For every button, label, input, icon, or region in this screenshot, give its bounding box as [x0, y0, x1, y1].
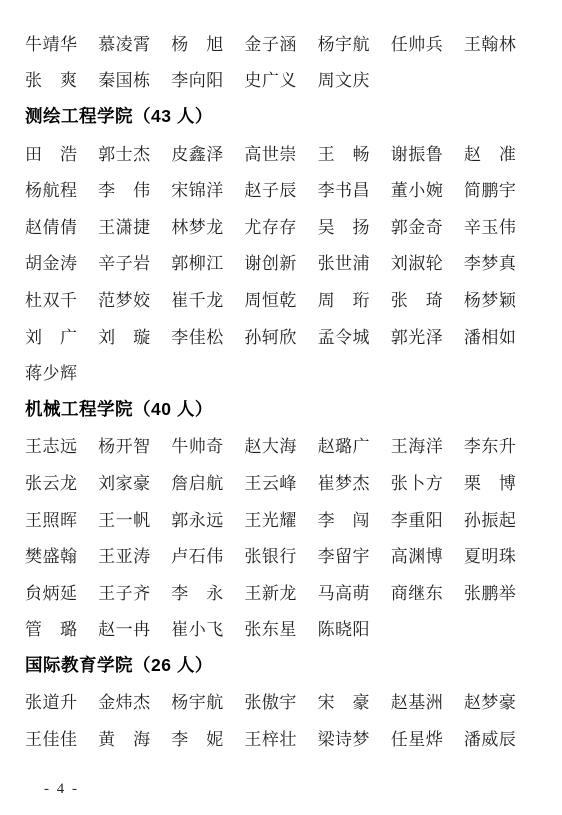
person-name: 王子齐 [98, 579, 151, 604]
person-name: 赵梦豪 [464, 688, 517, 713]
name-row: 胡金涛辛子岩郭柳江谢创新张世浦刘淑轮李梦真 [25, 244, 537, 281]
section-heading: 国际教育学院（26 人） [25, 652, 213, 677]
person-name: 辛玉伟 [464, 213, 517, 238]
person-name: 李 伟 [98, 176, 151, 201]
person-name: 夏明珠 [464, 542, 517, 567]
person-name: 管 璐 [25, 615, 78, 640]
person-name: 田 浩 [25, 140, 78, 165]
person-name: 栗 博 [464, 469, 517, 494]
person-name: 牛靖华 [25, 30, 78, 55]
person-name: 王光耀 [244, 506, 297, 531]
person-name: 董小婉 [391, 176, 444, 201]
person-name: 王翰林 [464, 30, 517, 55]
person-name: 梁诗梦 [318, 725, 371, 750]
person-name: 杨宇航 [171, 688, 224, 713]
person-name: 王海洋 [391, 432, 444, 457]
person-name: 慕凌霄 [98, 30, 151, 55]
person-name: 李向阳 [171, 66, 224, 91]
name-row: 王照晖王一帆郭永远王光耀李 闯李重阳孙振起 [25, 500, 537, 537]
person-name: 王志远 [25, 432, 78, 457]
person-name: 杨宇航 [318, 30, 371, 55]
person-name: 马高萌 [318, 579, 371, 604]
person-name: 牛帅奇 [171, 432, 224, 457]
person-name: 赵一冉 [98, 615, 151, 640]
person-name: 张云龙 [25, 469, 78, 494]
person-name: 王照晖 [25, 506, 78, 531]
person-name: 崔小飞 [171, 615, 224, 640]
person-name: 周恒乾 [244, 286, 297, 311]
person-name: 周文庆 [318, 66, 371, 91]
person-name: 张道升 [25, 688, 78, 713]
person-name: 孙振起 [464, 506, 517, 531]
person-name: 张傲宇 [244, 688, 297, 713]
page-number: - 4 - [44, 781, 79, 798]
person-name: 刘淑轮 [391, 249, 444, 274]
name-row: 贠炳延王子齐李 永王新龙马高萌商继东张鹏举 [25, 573, 537, 610]
section-heading: 机械工程学院（40 人） [25, 396, 213, 421]
person-name: 谢创新 [244, 249, 297, 274]
person-name: 詹启航 [171, 469, 224, 494]
person-name: 王梓壮 [244, 725, 297, 750]
person-name: 史广义 [244, 66, 297, 91]
person-name: 赵基洲 [391, 688, 444, 713]
person-name: 高渊博 [391, 542, 444, 567]
person-name: 赵大海 [244, 432, 297, 457]
name-row: 牛靖华慕凌霄杨 旭金子涵杨宇航任帅兵王翰林 [25, 24, 537, 61]
person-name: 杨梦颖 [464, 286, 517, 311]
person-name: 李 永 [171, 579, 224, 604]
name-row: 刘 广刘 璇李佳松孙轲欣孟令城郭光泽潘相如 [25, 317, 537, 354]
person-name: 郭永远 [171, 506, 224, 531]
person-name: 张世浦 [318, 249, 371, 274]
person-name: 简鹏宇 [464, 176, 517, 201]
person-name: 谢振鲁 [391, 140, 444, 165]
person-name: 李 妮 [171, 725, 224, 750]
person-name: 张银行 [244, 542, 297, 567]
person-name: 任星烨 [391, 725, 444, 750]
person-name: 张 爽 [25, 66, 78, 91]
person-name: 张卜方 [391, 469, 444, 494]
person-name: 崔梦杰 [318, 469, 371, 494]
person-name: 秦国栋 [98, 66, 151, 91]
person-name: 陈晓阳 [318, 615, 371, 640]
name-row: 杨航程李 伟宋锦洋赵子辰李书昌董小婉简鹏宇 [25, 170, 537, 207]
person-name: 樊盛翰 [25, 542, 78, 567]
person-name: 金炜杰 [98, 688, 151, 713]
person-name: 赵倩倩 [25, 213, 78, 238]
person-name: 宋 豪 [318, 688, 371, 713]
section-heading-line: 国际教育学院（26 人） [25, 646, 537, 683]
section-heading-line: 机械工程学院（40 人） [25, 390, 537, 427]
person-name: 贠炳延 [25, 579, 78, 604]
person-name: 刘家豪 [98, 469, 151, 494]
document-page: { "document": { "language": "zh-CN", "ki… [0, 0, 562, 815]
person-name: 范梦姣 [98, 286, 151, 311]
person-name: 李梦真 [464, 249, 517, 274]
person-name: 赵子辰 [244, 176, 297, 201]
person-name: 崔千龙 [171, 286, 224, 311]
person-name: 潘相如 [464, 323, 517, 348]
person-name: 王佳佳 [25, 725, 78, 750]
person-name: 郭金奇 [391, 213, 444, 238]
person-name: 王新龙 [244, 579, 297, 604]
name-row: 张 爽秦国栋李向阳史广义周文庆 [25, 61, 537, 98]
person-name: 杜双千 [25, 286, 78, 311]
person-name: 高世崇 [244, 140, 297, 165]
person-name: 赵璐广 [318, 432, 371, 457]
person-name: 张 琦 [391, 286, 444, 311]
person-name: 李 闯 [318, 506, 371, 531]
person-name: 孟令城 [318, 323, 371, 348]
person-name: 周 珩 [318, 286, 371, 311]
name-row: 田 浩郭士杰皮鑫泽高世崇王 畅谢振鲁赵 准 [25, 134, 537, 171]
person-name: 张鹏举 [464, 579, 517, 604]
person-name: 张东星 [244, 615, 297, 640]
name-row: 张道升金炜杰杨宇航张傲宇宋 豪赵基洲赵梦豪 [25, 683, 537, 720]
person-name: 王一帆 [98, 506, 151, 531]
person-name: 刘 广 [25, 323, 78, 348]
person-name: 皮鑫泽 [171, 140, 224, 165]
person-name: 金子涵 [244, 30, 297, 55]
name-row: 蒋少辉 [25, 353, 537, 390]
person-name: 李佳松 [171, 323, 224, 348]
person-name: 商继东 [391, 579, 444, 604]
person-name: 宋锦洋 [171, 176, 224, 201]
name-row: 张云龙刘家豪詹启航王云峰崔梦杰张卜方栗 博 [25, 463, 537, 500]
person-name: 吴 扬 [318, 213, 371, 238]
section-heading-line: 测绘工程学院（43 人） [25, 97, 537, 134]
person-name: 孙轲欣 [244, 323, 297, 348]
name-row: 樊盛翰王亚涛卢石伟张银行李留宇高渊博夏明珠 [25, 536, 537, 573]
person-name: 李留宇 [318, 542, 371, 567]
person-name: 任帅兵 [391, 30, 444, 55]
person-name: 潘威辰 [464, 725, 517, 750]
person-name: 郭柳江 [171, 249, 224, 274]
person-name: 郭士杰 [98, 140, 151, 165]
person-name: 黄 海 [98, 725, 151, 750]
name-row: 管 璐赵一冉崔小飞张东星陈晓阳 [25, 610, 537, 647]
person-name: 王云峰 [244, 469, 297, 494]
person-name: 卢石伟 [171, 542, 224, 567]
person-name: 李书昌 [318, 176, 371, 201]
person-name: 赵 准 [464, 140, 517, 165]
person-name: 辛子岩 [98, 249, 151, 274]
person-name: 李重阳 [391, 506, 444, 531]
person-name: 郭光泽 [391, 323, 444, 348]
person-name: 杨开智 [98, 432, 151, 457]
person-name: 尤存存 [244, 213, 297, 238]
person-name: 王潇捷 [98, 213, 151, 238]
person-name: 胡金涛 [25, 249, 78, 274]
name-row: 王佳佳黄 海李 妮王梓壮梁诗梦任星烨潘威辰 [25, 719, 537, 756]
person-name: 王 畅 [318, 140, 371, 165]
person-name: 刘 璇 [98, 323, 151, 348]
name-row: 杜双千范梦姣崔千龙周恒乾周 珩张 琦杨梦颖 [25, 280, 537, 317]
name-row: 赵倩倩王潇捷林梦龙尤存存吴 扬郭金奇辛玉伟 [25, 207, 537, 244]
person-name: 王亚涛 [98, 542, 151, 567]
person-name: 蒋少辉 [25, 359, 78, 384]
person-name: 李东升 [464, 432, 517, 457]
person-name: 杨航程 [25, 176, 78, 201]
person-name: 林梦龙 [171, 213, 224, 238]
document-body: 牛靖华慕凌霄杨 旭金子涵杨宇航任帅兵王翰林张 爽秦国栋李向阳史广义周文庆测绘工程… [25, 24, 537, 756]
section-heading: 测绘工程学院（43 人） [25, 103, 213, 128]
name-row: 王志远杨开智牛帅奇赵大海赵璐广王海洋李东升 [25, 427, 537, 464]
person-name: 杨 旭 [171, 30, 224, 55]
